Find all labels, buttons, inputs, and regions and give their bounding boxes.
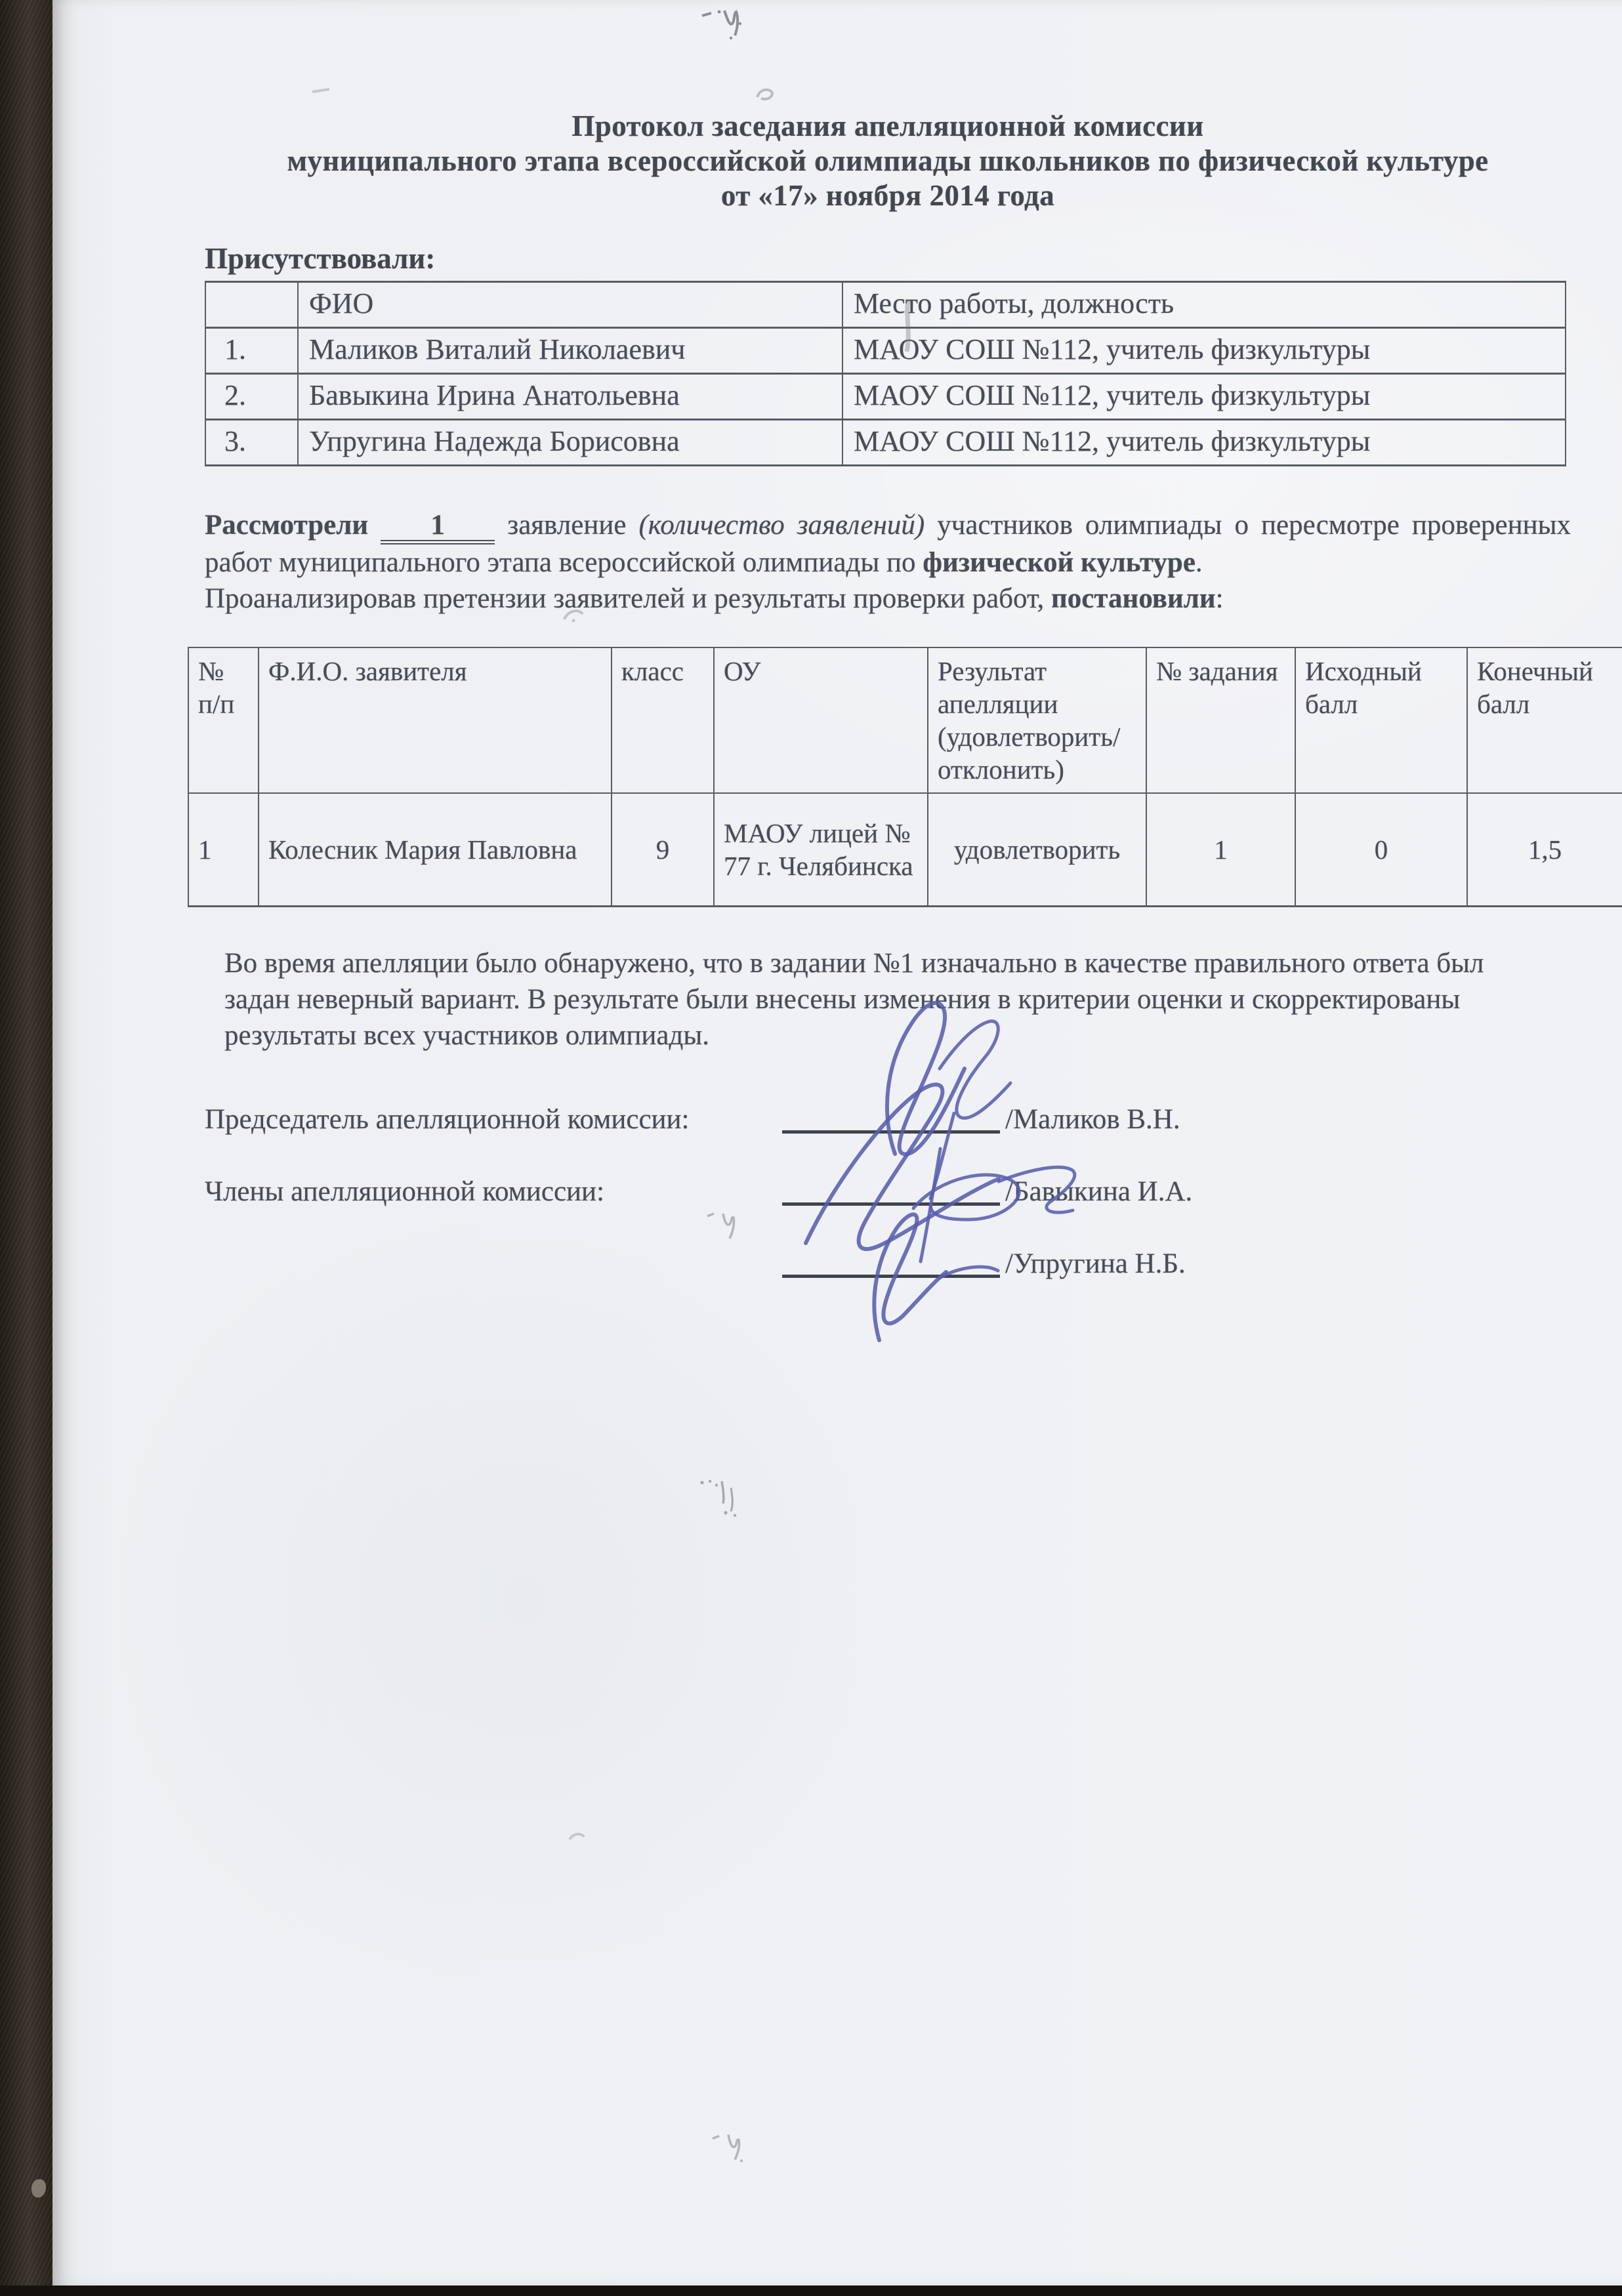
finding-paragraph: Во время апелляции было обнаружено, что … — [205, 945, 1543, 1054]
book-binding-edge — [0, 0, 52, 2296]
task-number: 1 — [1146, 793, 1295, 907]
results-data-row: 1 Колесник Мария Павловна 9 МАОУ лицей №… — [188, 793, 1622, 907]
results-header-school: ОУ — [714, 647, 928, 793]
attendee-name: Маликов Виталий Николаевич — [298, 328, 842, 374]
considered-resolved: постановили — [1051, 583, 1216, 614]
attendees-header-work: Место работы, должность — [842, 282, 1566, 328]
applications-count: 1 — [430, 510, 445, 541]
results-table: № п/п Ф.И.О. заявителя класс ОУ Результа… — [188, 647, 1622, 907]
signature-row-member-1: Члены апелляционной комиссии: /Бавыкина … — [205, 1172, 1571, 1210]
considered-subject-period: . — [1196, 547, 1203, 578]
applicant-school: МАОУ лицей № 77 г. Челябинска — [714, 793, 928, 907]
considered-italic-note: (количество заявлений) — [638, 510, 925, 541]
attendee-number: 1. — [205, 328, 298, 374]
considered-analyzed: Проанализировав претензии заявителей и р… — [205, 583, 1044, 614]
member-2-name: /Упругина Н.Б. — [1005, 1246, 1186, 1282]
signature-line-member-1 — [782, 1202, 1000, 1206]
final-score: 1,5 — [1467, 793, 1622, 907]
attendees-header-empty-cell — [205, 282, 298, 328]
attendee-workplace: МАОУ СОШ №112, учитель физкультуры — [842, 374, 1566, 420]
attendee-name: Бавыкина Ирина Анатольевна — [298, 374, 842, 420]
considered-paragraph: Рассмотрели 1 заявление (количество заяв… — [205, 507, 1571, 617]
attendees-header-row: ФИО Место работы, должность — [205, 282, 1566, 328]
considered-after-count: заявление — [507, 510, 626, 541]
scanned-protocol-page: { "document": { "title_lines": [ "Проток… — [0, 0, 1622, 2296]
signature-line-member-2 — [782, 1275, 1000, 1278]
considered-subject: физической культуре — [923, 547, 1196, 578]
title-line-1: Протокол заседания апелляционной комисси… — [205, 109, 1571, 144]
signature-block: Председатель апелляционной комиссии: /Ма… — [205, 1099, 1571, 1282]
attendees-row-1: 1. Маликов Виталий Николаевич МАОУ СОШ №… — [205, 328, 1566, 374]
attendees-row-3: 3. Упругина Надежда Борисовна МАОУ СОШ №… — [205, 420, 1566, 466]
results-header-num: № п/п — [188, 647, 259, 793]
appeal-result: удовлетворить — [928, 793, 1146, 907]
attendee-workplace: МАОУ СОШ №112, учитель физкультуры — [842, 420, 1566, 466]
chairman-label: Председатель апелляционной комиссии: — [205, 1101, 782, 1138]
applicant-name: Колесник Мария Павловна — [259, 793, 612, 907]
results-header-row: № п/п Ф.И.О. заявителя класс ОУ Результа… — [188, 647, 1622, 793]
initial-score: 0 — [1295, 793, 1467, 907]
results-header-grade: класс — [612, 647, 714, 793]
results-header-result: Результат апелляции (удовлетворить/ откл… — [928, 647, 1146, 793]
attendee-workplace: МАОУ СОШ №112, учитель физкультуры — [842, 328, 1566, 374]
applicant-num: 1 — [188, 793, 259, 907]
attendee-number: 3. — [205, 420, 298, 466]
attendees-table: ФИО Место работы, должность 1. Маликов В… — [205, 281, 1566, 466]
title-line-2: муниципального этапа всероссийской олимп… — [205, 144, 1571, 178]
applicant-grade: 9 — [612, 793, 714, 907]
document-paper: Протокол заседания апелляционной комисси… — [52, 0, 1622, 2286]
signature-line-chairman — [782, 1130, 1000, 1134]
document-title: Протокол заседания апелляционной комисси… — [205, 109, 1571, 213]
results-header-task: № задания — [1146, 647, 1295, 793]
signature-row-chairman: Председатель апелляционной комиссии: /Ма… — [205, 1099, 1571, 1138]
members-label: Члены апелляционной комиссии: — [205, 1174, 782, 1210]
member-1-name: /Бавыкина И.А. — [1005, 1174, 1192, 1210]
results-header-final: Конечный балл — [1467, 647, 1622, 793]
scan-bottom-edge — [0, 2286, 1622, 2296]
attendees-row-2: 2. Бавыкина Ирина Анатольевна МАОУ СОШ №… — [205, 374, 1566, 420]
attendee-number: 2. — [205, 374, 298, 420]
results-header-initial: Исходный балл — [1295, 647, 1467, 793]
title-line-3: от «17» ноября 2014 года — [205, 178, 1571, 213]
considered-resolved-colon: : — [1216, 583, 1224, 614]
attendees-header-fio: ФИО — [298, 282, 842, 328]
applications-count-blank: 1 — [381, 511, 495, 544]
considered-lead: Рассмотрели — [205, 510, 368, 541]
signature-row-member-2: /Упругина Н.Б. — [205, 1244, 1571, 1282]
considered-sentence-2: Проанализировав претензии заявителей и р… — [205, 581, 1571, 617]
document-content: Протокол заседания апелляционной комисси… — [205, 0, 1571, 1316]
attendee-name: Упругина Надежда Борисовна — [298, 420, 842, 466]
considered-sentence-1: Рассмотрели 1 заявление (количество заяв… — [205, 507, 1571, 581]
chairman-name: /Маликов В.Н. — [1005, 1101, 1180, 1138]
results-header-name: Ф.И.О. заявителя — [259, 647, 612, 793]
attendees-heading: Присутствовали: — [205, 241, 1571, 277]
